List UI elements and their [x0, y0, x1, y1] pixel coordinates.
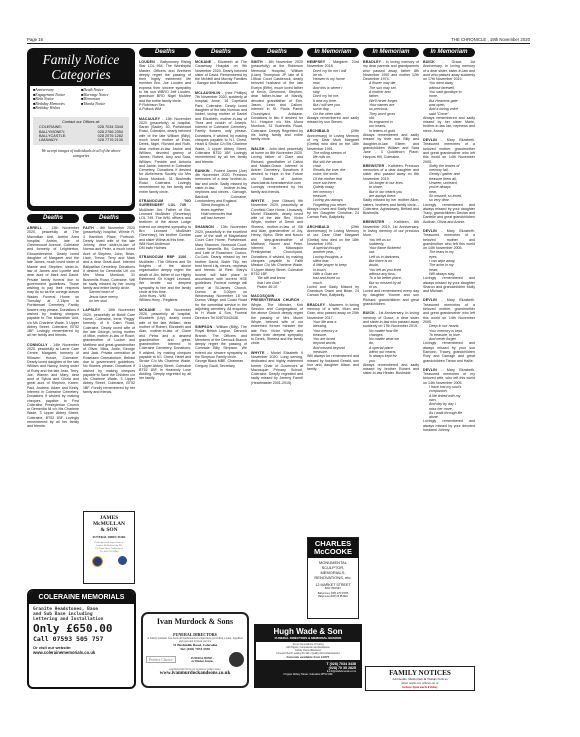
crest-icon — [229, 652, 244, 667]
family-notices-box: FAMILY NOTICES All Deaths, Memoriam & Th… — [365, 666, 475, 691]
notice: RANKIN - Robert James (Joe) 4th November… — [195, 169, 247, 221]
badge-icon — [92, 556, 103, 567]
notice: WHYTE - (nee Gibson) 9th November 2020, … — [251, 199, 303, 289]
category-box: Family NoticeCategories Anniversary Deat… — [27, 48, 135, 211]
office-phone: 028 7776 2130 — [98, 138, 123, 142]
notice-text: - Whyte. The Minister, Kirk Session and … — [251, 298, 303, 345]
notice: BREWSTER - Kathleen. Precious memories o… — [363, 164, 419, 216]
ad-line: Funerals available — [287, 655, 313, 659]
notice: LAPSLEY - 15th November 2020, peacefully… — [83, 308, 135, 394]
ad-line: 2a Windsor Avenue, — [191, 660, 213, 663]
contact-box: Contact our Offices at: COLERAINE:028 70… — [33, 117, 129, 145]
notice-text: - (nee Phillips) 7th November 2020, sudd… — [195, 91, 247, 164]
notice-text: - Robert James (Joe) 4th November 2020. … — [195, 169, 247, 203]
notice-text: - John died peacefully at home on 8th No… — [251, 147, 303, 194]
section-banner: Deaths — [139, 48, 191, 57]
newspaper-page: Page 16 THE CHRONICLE , 19th November 20… — [27, 34, 530, 694]
ad-line: RENOVATIONS, etc. — [308, 575, 358, 580]
notice-name: STRANOCUM "NO SURRENDER" LOL 749 — [139, 199, 191, 207]
notice: BRADLEY - In loving memory of my dear pa… — [363, 60, 419, 159]
notice-signoff: Always remembered and sadly missed by he… — [423, 116, 475, 133]
column-deaths-1: DeathsARRELL - 13th November 2020, peace… — [27, 214, 79, 434]
notice-text: - (nee Gibson) 9th November 2020, peacef… — [251, 199, 303, 276]
notice: SHANNON - 13th November 2020, peacefully… — [195, 225, 247, 320]
notice: DEVLIN - Mary Elizabeth. Treasured memor… — [423, 138, 475, 224]
notice-text: - 13th November 2020, peacefully at The … — [27, 226, 79, 337]
notice: MCLAUGHLIN - (nee Phillips) 7th November… — [195, 91, 247, 164]
ad-desc: MONUMENTALSCULPTOR,MEMORIALS,RENOVATIONS… — [308, 560, 358, 580]
column-memoriam-3: In MemoriamBUICK - Grace. 1st Anniversar… — [423, 48, 475, 437]
notice: BREWSTER - Kathleen, 8th November 2019, … — [363, 220, 419, 306]
ad-subtitle: FUNERAL DIRECTORS — [84, 535, 134, 539]
notice: STRANOCUM RBP 1106 - McAlister - The Off… — [139, 255, 191, 302]
notice-signoff: Loved and remembered every day by daught… — [363, 289, 419, 306]
notice: STRANOCUM "NO SURRENDER" LOL 749 - McAli… — [139, 199, 191, 251]
ad-address: 3 Upper Abbey Street, Coleraine BT52 1BF — [254, 673, 362, 676]
notice-signoff: Lovingly remembered and always missed by… — [423, 341, 475, 362]
notice-signoff: Always remembered and sadly missed by br… — [363, 363, 419, 376]
column-deaths-5: DeathsSMITH - 8th November 2020 (peacefu… — [251, 48, 303, 390]
notice-signoff: Sadly missed by her mother Alice, sister… — [363, 198, 419, 215]
ad-title: COLERAINE MEMORIALS — [29, 591, 134, 604]
ad-website[interactable]: www.colerainememorials.co.uk — [29, 650, 134, 655]
signature-line: Gregory Gault, Secretary — [195, 364, 247, 368]
notice-text: - McAlister Jim. Father of Bro. Leonard … — [139, 203, 191, 241]
notice-text: - Elizabeth at The Causeway Hospital on … — [195, 60, 247, 85]
notice: BRADLEY - Maureen. In loving memory of a… — [307, 303, 359, 372]
notice-text: - 15th November 2020, peacefully at Bohi… — [83, 308, 135, 394]
notice: WALSH - John died peacefully at home on … — [251, 147, 303, 194]
notice-text: - William (Billy). The Royal British Leg… — [195, 325, 247, 359]
coleraine-memorials-ad: COLERAINE MEMORIALS Granite Headstones, … — [27, 589, 136, 689]
signature-line: A Pollock WM — [139, 107, 191, 111]
contact-title: Contact our Offices at: — [39, 120, 123, 124]
deadline-text: before 3pm each Friday — [366, 685, 474, 689]
notice: BUICK - 1st Anniversary. In loving memor… — [363, 311, 419, 375]
notice-text: - 13th November 2020 (peacefully) at hos… — [139, 117, 191, 194]
mccooke-ad: CHARLESMcCOOKE MONUMENTALSCULPTOR,MEMORI… — [307, 537, 359, 619]
ad-price: Only £650.00 — [29, 622, 134, 635]
notice: BUICK - Grace. 1st Anniversary. In lovin… — [423, 60, 475, 133]
wade-ad: Hugh Wade & Son FUNERAL DIRECTORS & MEMO… — [254, 624, 362, 688]
notice-text: - McAlister - The Officers and Sir Knigh… — [139, 255, 191, 293]
column-memoriam-1: In MemoriamHEMPSEY - Margaret. 23rd Nove… — [307, 48, 359, 376]
ad-subtitle: FUNERAL DIRECTORS & MEMORIAL MASONS — [254, 636, 362, 640]
masthead: THE CHRONICLE , 19th November 2020 — [451, 37, 530, 42]
section-banner: In Memoriam — [423, 48, 475, 57]
notice: SIMPSON - William (Billy). The Royal Bri… — [195, 325, 247, 368]
ad-website[interactable]: www.ivanmurdockandsons.co.uk — [143, 671, 247, 676]
ad-desc: Seven Generations of Caringwith Dignity,… — [256, 642, 360, 660]
notice-signoff: Always remembered and sadly missed by th… — [363, 133, 419, 159]
notice-text: - Mary Elizabeth. Treasured memories of … — [423, 298, 475, 323]
notice-text: - Muriel Elizabeth 9 November 2020. Long… — [251, 351, 303, 385]
notice-signoff: Lovingly remembered and always missed by… — [423, 276, 475, 293]
notice-signoff: Will always be remembered and missed by … — [307, 354, 359, 371]
ad-title-2: & SON — [84, 527, 134, 533]
ad-price: from £1875 — [314, 655, 330, 659]
notice-signoff: Lovingly remembered and always missed by… — [423, 203, 475, 224]
poem-line: will last forever. — [195, 216, 247, 220]
notice: ARCHIBALD - (29th Anniversary) In Loving… — [307, 225, 359, 298]
ad-line: McCOOKE — [314, 547, 352, 556]
column-memoriam-2: In MemoriamBRADLEY - In loving memory of… — [363, 48, 419, 381]
notice: MCKANE - 9th November 2020, peacefully a… — [139, 308, 191, 381]
section-banner: In Memoriam — [307, 48, 359, 57]
notice: DEVLIN - Mary Elizabeth. Treasured memor… — [423, 298, 475, 362]
ad-title: CHARLESMcCOOKE — [308, 538, 358, 558]
notice: ARRELL - 13th November 2020, peacefully … — [27, 226, 79, 338]
notice: ARCHIBALD - (29th Anniversary) In Loving… — [307, 129, 359, 219]
category-item: Birthday Wishes — [33, 106, 81, 111]
notice-text: - 8th November 2020 (peacefully) at the … — [251, 60, 303, 141]
notice-signoff: Always remembered and sadly missed by so… — [307, 116, 359, 125]
office-name: LIMAVADY: — [39, 138, 58, 142]
section-banner: Deaths — [251, 48, 303, 57]
category-list: Anniversary Death Notice Engagement Noti… — [30, 86, 132, 113]
ad-phone: Call 07593 505 757 — [29, 635, 134, 643]
category-title-1: Family Notice — [43, 52, 120, 67]
notice: DEVLIN - Mary Elizabeth. Treasured memor… — [423, 229, 475, 293]
poem-line: on her soul. — [83, 299, 135, 303]
category-item: Thanks Notice — [81, 102, 129, 107]
column-deaths-3: DeathsLOUDEN - Ballymoney Rising Star LO… — [139, 48, 191, 386]
notice-text: - 13th November 2020, peacefully in the … — [195, 225, 247, 319]
page-number: Page 16 — [27, 37, 43, 42]
ad-contact: T (028) 7034 3438(028) 70 35 2825E info@… — [254, 662, 362, 673]
notice-text: - Mary Elizabeth. Treasured memories of … — [423, 138, 475, 163]
notice: WHYTE - Muriel Elizabeth 9 November 2020… — [251, 351, 303, 385]
notice: MCKANE - Elizabeth at The Causeway Hospi… — [195, 60, 247, 86]
notice: LOUDEN - Ballymoney Rising Star LOL 954.… — [139, 60, 191, 112]
column-deaths-4: DeathsMCKANE - Elizabeth at The Causeway… — [195, 48, 247, 373]
notice: MACOSQUIN PRESBYTERIAN CHURCH - Whyte. T… — [251, 294, 303, 346]
notice-text: - 14th November 2020, peacefully at Larn… — [27, 343, 79, 429]
section-banner: Deaths — [83, 214, 135, 223]
section-banner: Deaths — [195, 48, 247, 57]
signature-line: William Huey - Registrar — [139, 298, 191, 302]
notice: DEVLIN - Mary Elizabeth. Treasured memor… — [423, 368, 475, 432]
ad-plan-logo: Perfect Choice — [146, 656, 176, 663]
notice-signoff: Loved and Sadly Missed by Grandson Owen … — [307, 285, 359, 298]
ad-line: Tel: 028 276 62846 — [84, 550, 134, 553]
ad-desc: Granite Headstones, Baseand Sub Base inc… — [29, 604, 134, 622]
notice-text: - 9th November 2020, peacefully at hospi… — [139, 308, 191, 381]
poem-line: Psalm 46:10 — [251, 285, 303, 289]
notice: MACAULEY - 13th November 2020 (peacefull… — [139, 117, 191, 194]
column-deaths-2: DeathsFAITH - 8th November 2020 (peacefu… — [83, 214, 135, 399]
signature-line: DM Irwin Holmes — [139, 246, 191, 250]
notice: FAITH - 8th November 2020 (peacefully) h… — [83, 226, 135, 303]
notice: CONNOLLY - 14th November 2020, peacefull… — [27, 343, 79, 429]
mcmullan-ad: JAMES McMULLAN & SON FUNERAL DIRECTORS U… — [83, 511, 135, 584]
notice-text: - 8th November 2020 (peacefully) hospita… — [83, 226, 135, 290]
signature-line: George Black MBE, Chairman — [195, 359, 247, 363]
ad-title: Ivan Murdock & Sons — [143, 617, 247, 626]
ad-line: BALLYMONEY — [308, 587, 358, 590]
murdock-ad: Ivan Murdock & Sons FUNERAL DIRECTORS A … — [141, 612, 249, 688]
ad-title: JAMES McMULLAN — [84, 515, 134, 527]
notice: HEMPSEY - Margaret. 23rd November 2018.D… — [307, 60, 359, 124]
notice-text: - Ballymoney Rising Star LOL 954. The Wo… — [139, 60, 191, 103]
notice-signoff: Always Loved and Sadly Missed by her Dau… — [307, 207, 359, 220]
ad-phone: Ballymena (028) 25 653920 — [308, 595, 358, 598]
ad-title: FAMILY NOTICES — [366, 669, 474, 677]
section-banner: Deaths — [27, 214, 79, 223]
notice-name: MACOSQUIN PRESBYTERIAN CHURCH — [251, 294, 299, 302]
category-title-2: Categories — [51, 67, 110, 82]
accept-note: We accept images of individuals in all o… — [30, 149, 132, 158]
badge-icon — [118, 556, 127, 565]
notice-signoff: Lovingly remembered and always missed by… — [423, 419, 475, 432]
notice: SMITH - 8th November 2020 (peacefully) a… — [251, 60, 303, 142]
section-banner: In Memoriam — [363, 48, 419, 57]
ad-title: Hugh Wade & Son — [254, 624, 362, 636]
page-header: Page 16 THE CHRONICLE , 19th November 20… — [27, 34, 530, 44]
